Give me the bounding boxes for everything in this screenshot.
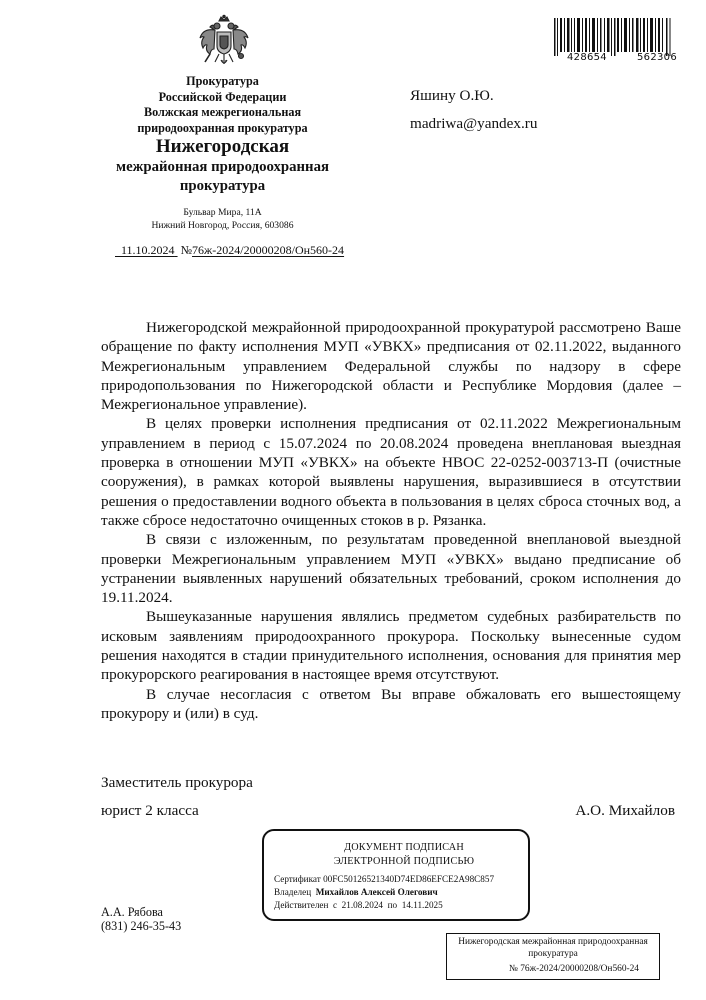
header-line: природоохранная прокуратура (80, 121, 365, 137)
body-paragraph: Нижегородской межрайонной природоохранно… (101, 318, 681, 414)
registration-office: Нижегородская межрайонная природоохранна… (447, 937, 659, 949)
barcode-right-digits: 562306 (637, 52, 677, 63)
barcode-digits: 428654 562306 (567, 52, 677, 63)
number-sign: № (181, 243, 192, 257)
recipient-email[interactable]: madriwa@yandex.ru (410, 110, 537, 138)
outgoing-date: 11.10.2024 (115, 243, 178, 257)
outgoing-number: 76ж-2024/20000208/Он560-24 (192, 243, 344, 257)
outgoing-reference: 11.10.2024 №76ж-2024/20000208/Он560-24 (115, 243, 344, 257)
executor-phone: (831) 246-35-43 (101, 919, 181, 933)
office-name: Нижегородская (80, 136, 365, 158)
letter-body: Нижегородской межрайонной природоохранно… (101, 318, 681, 723)
registration-office-cont: прокуратура (447, 949, 659, 961)
stamp-title: ДОКУМЕНТ ПОДПИСАН ЭЛЕКТРОННОЙ ПОДПИСЬЮ (280, 841, 528, 868)
signer-rank: юрист 2 класса (101, 797, 199, 825)
body-paragraph: Вышеуказанные нарушения являлись предмет… (101, 607, 681, 684)
body-paragraph: В целях проверки исполнения предписания … (101, 414, 681, 530)
signer-name: А.О. Михайлов (575, 797, 681, 825)
office-subtitle: прокуратура (80, 177, 365, 196)
coat-of-arms-icon (195, 14, 253, 72)
header-line: Российской Федерации (80, 90, 365, 106)
recipient-name: Яшину О.Ю. (410, 82, 537, 110)
address-street: Бульвар Мира, 11А (80, 206, 365, 219)
stamp-validity: Действителен с 21.08.2024 по 14.11.2025 (274, 899, 528, 912)
body-paragraph: В связи с изложенным, по результатам про… (101, 530, 681, 607)
stamp-owner: Владелец Михайлов Алексей Олегович (274, 886, 528, 899)
registration-number: № 76ж-2024/20000208/Он560-24 (447, 964, 659, 976)
sender-address: Бульвар Мира, 11А Нижний Новгород, Росси… (80, 206, 365, 232)
recipient-block: Яшину О.Ю. madriwa@yandex.ru (410, 82, 537, 138)
header-line: Прокуратура (80, 74, 365, 90)
executor-name: А.А. Рябова (101, 905, 181, 919)
body-paragraph: В случае несогласия с ответом Вы вправе … (101, 685, 681, 724)
barcode-left-digits: 428654 (567, 52, 607, 63)
header-line: Волжская межрегиональная (80, 105, 365, 121)
stamp-certificate: Сертификат 00FC50126521340D74ED86EFCE2A9… (274, 873, 528, 886)
office-subtitle: межрайонная природоохранная (80, 158, 365, 177)
executor-block: А.А. Рябова (831) 246-35-43 (101, 905, 181, 933)
signature-block: Заместитель прокурора юрист 2 класса А.О… (101, 769, 681, 825)
sender-header: Прокуратура Российской Федерации Волжска… (80, 74, 365, 196)
address-city: Нижний Новгород, Россия, 603086 (80, 219, 365, 232)
registration-box: Нижегородская межрайонная природоохранна… (446, 933, 660, 980)
signer-position: Заместитель прокурора (101, 769, 681, 797)
e-signature-stamp: ДОКУМЕНТ ПОДПИСАН ЭЛЕКТРОННОЙ ПОДПИСЬЮ С… (262, 829, 530, 921)
